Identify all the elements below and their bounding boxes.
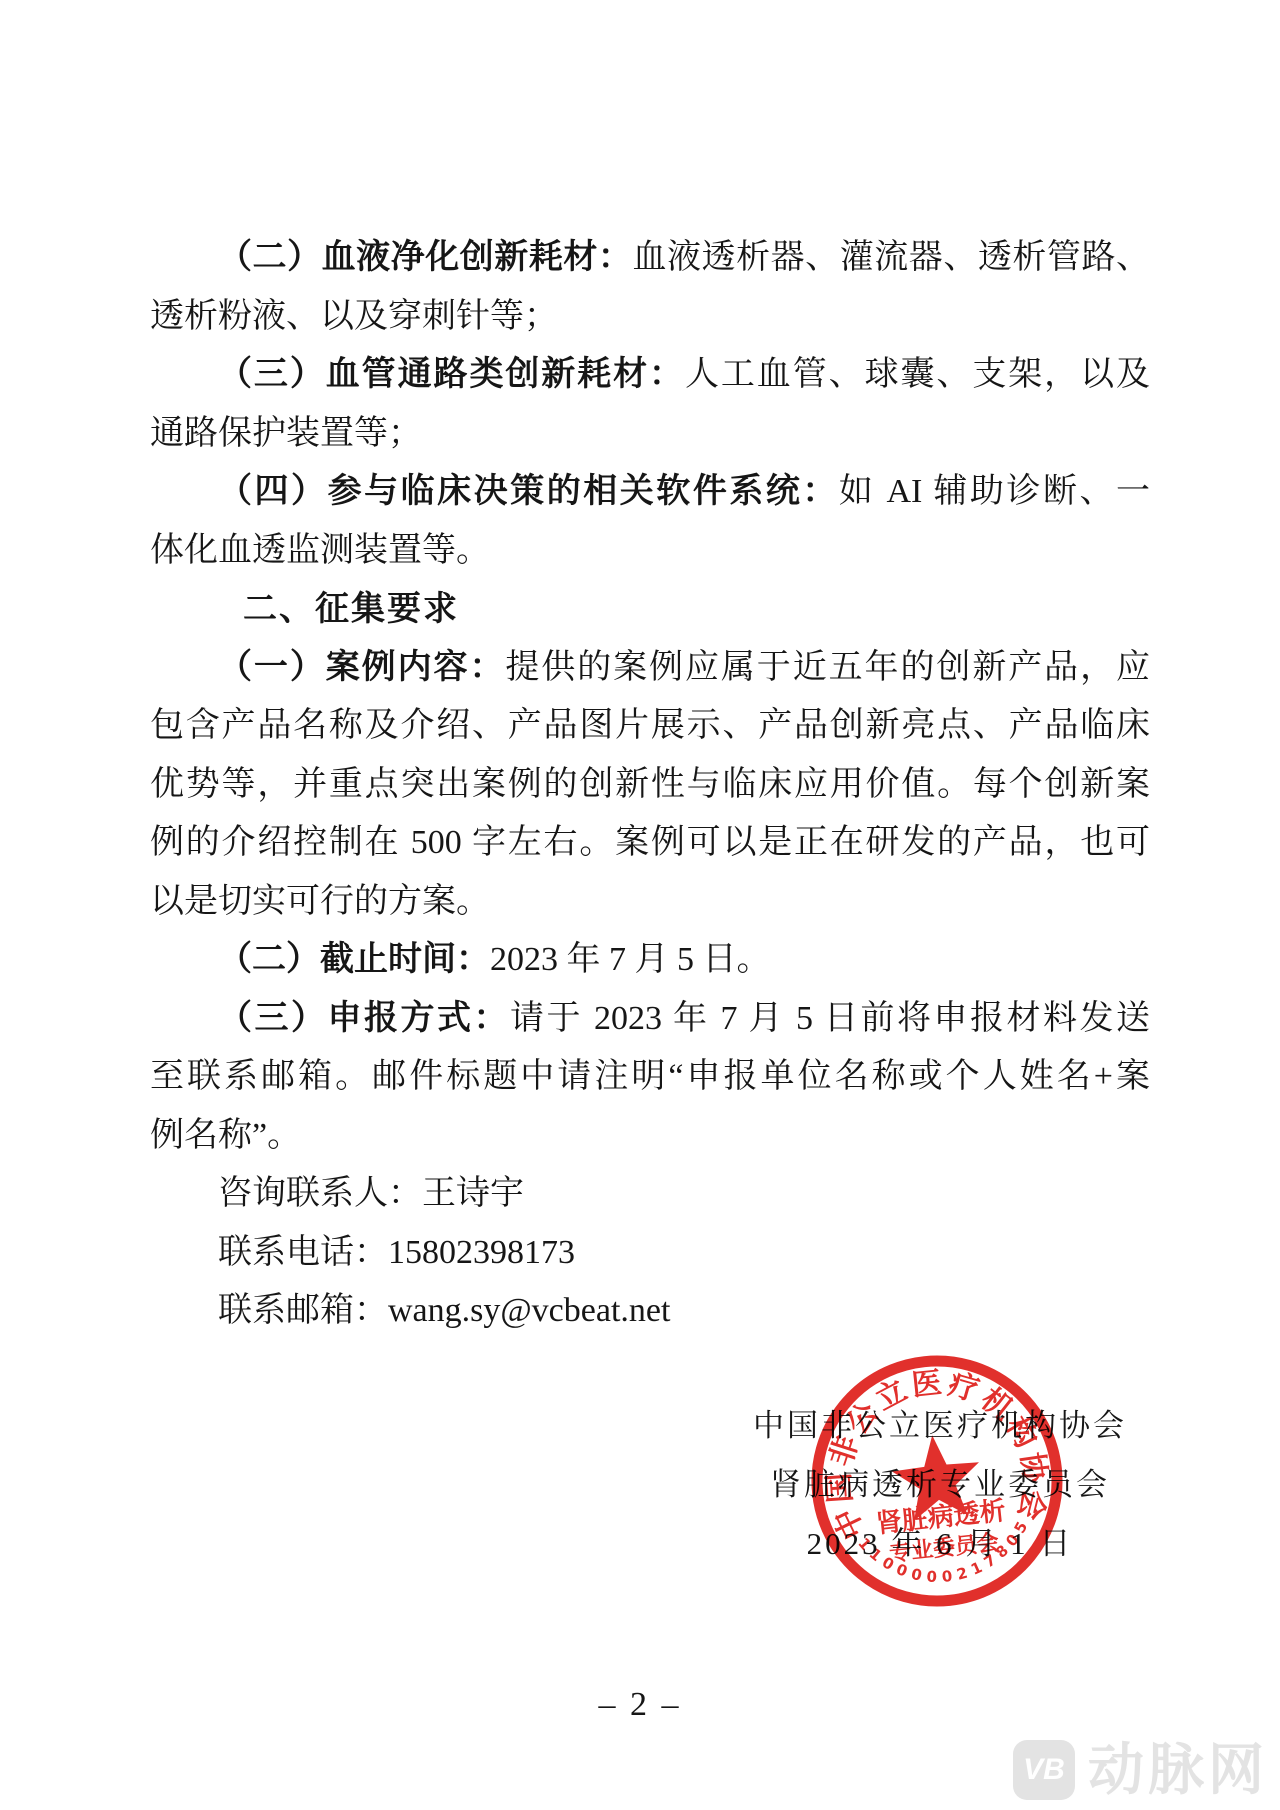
watermark-brand-text: 动脉网 <box>1088 1742 1268 1798</box>
list-item-label: （一）案例内容： <box>218 649 505 686</box>
page-number: – 2 – <box>0 1686 1280 1724</box>
svg-text:医: 医 <box>910 1367 943 1403</box>
svg-text:国: 国 <box>823 1472 858 1504</box>
document-page: （二）血液净化创新耗材：血液透析器、灌流器、透析管路、 透析粉液、以及穿刺针等；… <box>0 0 1280 1810</box>
paragraph-text: 2023 年 7 月 5 日。 <box>490 941 771 978</box>
paragraph-line: 至联系邮箱。邮件标题中请注明“申报单位名称或个人姓名+案 <box>150 1048 1150 1107</box>
paragraph-text: 请于 2023 年 7 月 5 日前将申报材料发送 <box>510 1000 1150 1037</box>
vb-logo-icon: VB <box>1013 1740 1075 1800</box>
svg-text:疗: 疗 <box>945 1368 983 1408</box>
paragraph-line: （三）申报方式：请于 2023 年 7 月 5 日前将申报材料发送 <box>150 990 1150 1049</box>
paragraph-text: 提供的案例应属于近五年的创新产品，应 <box>505 649 1150 686</box>
list-item-label: （四）参与临床决策的相关软件系统： <box>218 473 839 510</box>
svg-text:0: 0 <box>941 1567 953 1586</box>
list-item-label: （三）血管通路类创新耗材： <box>218 356 685 393</box>
paragraph-line: （二）血液净化创新耗材：血液透析器、灌流器、透析管路、 <box>150 229 1150 288</box>
svg-text:会: 会 <box>1011 1486 1050 1523</box>
paragraph-line: 例的介绍控制在 500 字左右。案例可以是正在研发的产品，也可 <box>150 814 1150 873</box>
paragraph-line: 优势等，并重点突出案例的创新性与临床应用价值。每个创新案 <box>150 756 1150 815</box>
svg-text:0: 0 <box>926 1568 937 1587</box>
vcbeat-watermark: VB 动脉网 <box>1013 1740 1268 1800</box>
svg-text:5: 5 <box>1011 1519 1032 1537</box>
paragraph-line: （一）案例内容：提供的案例应属于近五年的创新产品，应 <box>150 639 1150 698</box>
paragraph-line: 包含产品名称及介绍、产品图片展示、产品创新亮点、产品临床 <box>150 697 1150 756</box>
paragraph-line: 体化血透监测装置等。 <box>150 522 1150 581</box>
paragraph-text: 人工血管、球囊、支架，以及 <box>685 356 1150 393</box>
list-item-label: （二）血液净化创新耗材： <box>218 239 632 276</box>
paragraph-line: （二）截止时间：2023 年 7 月 5 日。 <box>150 931 1150 990</box>
svg-text:2: 2 <box>955 1564 970 1584</box>
paragraph-text: 血液透析器、灌流器、透析管路、 <box>632 239 1150 276</box>
contact-person-line: 咨询联系人：王诗宇 <box>150 1165 1150 1224</box>
paragraph-line: （三）血管通路类创新耗材：人工血管、球囊、支架，以及 <box>150 346 1150 405</box>
list-item-label: （三）申报方式： <box>218 1000 510 1037</box>
official-seal: 中国非公立医疗机构协会 肾脏病透析 专业委员会 1100000217805 <box>807 1351 1067 1611</box>
paragraph-line: 例名称”。 <box>150 1107 1150 1166</box>
paragraph-line: 透析粉液、以及穿刺针等； <box>150 288 1150 347</box>
document-body: （二）血液净化创新耗材：血液透析器、灌流器、透析管路、 透析粉液、以及穿刺针等；… <box>150 229 1150 1341</box>
vb-logo-letters: VB <box>1023 1753 1065 1787</box>
section-heading: 二、征集要求 <box>150 580 1150 639</box>
svg-text:协: 协 <box>1015 1450 1052 1485</box>
paragraph-line: 以是切实可行的方案。 <box>150 873 1150 932</box>
paragraph-line: （四）参与临床决策的相关软件系统：如 AI 辅助诊断、一 <box>150 463 1150 522</box>
list-item-label: （二）截止时间： <box>218 941 490 978</box>
svg-text:1: 1 <box>968 1558 985 1579</box>
svg-text:0: 0 <box>909 1565 923 1585</box>
contact-email-line: 联系邮箱：wang.sy@vcbeat.net <box>150 1282 1150 1341</box>
paragraph-text: 如 AI 辅助诊断、一 <box>839 473 1150 510</box>
contact-phone-line: 联系电话：15802398173 <box>150 1224 1150 1283</box>
paragraph-line: 通路保护装置等； <box>150 405 1150 464</box>
